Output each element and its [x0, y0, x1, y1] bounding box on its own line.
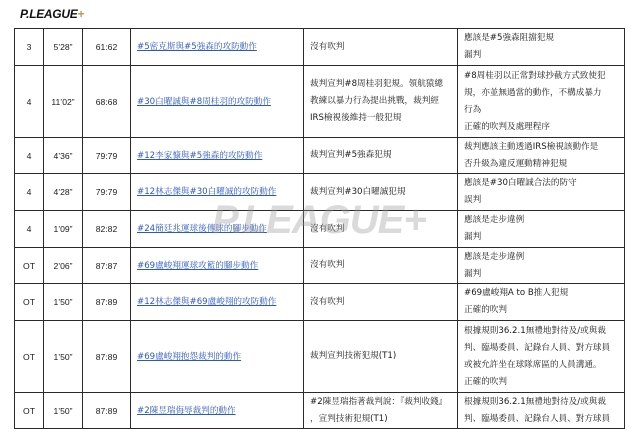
table-row: 44’36”79:79#12李家慷與#5強森的攻防動作裁判宣判#5強森犯規裁判應… [15, 138, 625, 174]
table-row: 411’02”68:68#30白曜誠與#8周桂羽的攻防動作裁判宣判#8周桂羽犯規… [15, 66, 625, 138]
review-text: 行為 [464, 102, 618, 119]
play-cell: #12林志傑與#30白曜誠的攻防動作 [131, 174, 304, 211]
play-video-link[interactable]: #24簡廷兆運球後傳球的腳步動作 [137, 224, 267, 234]
game-time-cell: 5’28” [44, 29, 83, 66]
on-court-call-cell: 裁判宣判技術犯規(T1) [304, 321, 458, 393]
period-cell: 4 [15, 174, 44, 211]
play-video-link[interactable]: #69盧峻翔運球攻籃的腳步動作 [137, 261, 258, 271]
score-cell: 87:89 [83, 393, 131, 429]
play-video-link[interactable]: #69盧峻翔抱怨裁判的動作 [137, 352, 241, 362]
review-text: 漏判 [464, 229, 618, 246]
review-text: 誤判 [464, 192, 618, 209]
play-cell: #5密克斯與#5強森的攻防動作 [131, 29, 304, 66]
period-cell: OT [15, 248, 44, 284]
call-text: 沒有吹判 [310, 39, 451, 56]
period-cell: 4 [15, 66, 44, 138]
review-result-cell: 應該是走步違例漏判 [458, 211, 625, 248]
call-text: 裁判宣判技術犯規(T1) [310, 348, 451, 365]
call-text: ，宣判技術犯規(T1) [310, 411, 451, 428]
score-cell: 79:79 [83, 138, 131, 174]
period-cell: 4 [15, 211, 44, 248]
period-cell: OT [15, 284, 44, 321]
table-row: OT1’50”87:89#12林志傑與#69盧峻翔的攻防動作沒有吹判#69盧峻翔… [15, 284, 625, 321]
table-row: 44’28”79:79#12林志傑與#30白曜誠的攻防動作裁判宣判#30白曜誠犯… [15, 174, 625, 211]
play-video-link[interactable]: #30白曜誠與#8周桂羽的攻防動作 [137, 97, 271, 107]
play-video-link[interactable]: #12林志傑與#69盧峻翔的攻防動作 [137, 297, 276, 307]
review-text: 漏判 [464, 266, 618, 283]
review-text: 判、臨場委員、記錄台人員、對方球員 [464, 340, 618, 357]
play-video-link[interactable]: #12林志傑與#30白曜誠的攻防動作 [137, 187, 276, 197]
review-text: 判、臨場委員、記錄台人員、對方球員 [464, 411, 618, 428]
call-text: 教練以暴力行為提出挑戰，裁判經 [310, 93, 451, 110]
review-text: 應該是#30白曜誠合法的防守 [464, 175, 618, 192]
review-text: 否升級為違反運動精神犯規 [464, 156, 618, 173]
game-time-cell: 4’36” [44, 138, 83, 174]
table-row: OT1’50”87:89#2陳昱瑞侮辱裁判的動作#2陳昱瑞指著裁判說：『裁判收錢… [15, 393, 625, 429]
review-result-cell: #69盧峻翔A to B推人犯規正確的吹判 [458, 284, 625, 321]
game-time-cell: 1’50” [44, 393, 83, 429]
review-text: 裁判應該主動透過IRS檢視該動作是 [464, 139, 618, 156]
review-text: #69盧峻翔A to B推人犯規 [464, 285, 618, 302]
play-cell: #30白曜誠與#8周桂羽的攻防動作 [131, 66, 304, 138]
game-time-cell: 1’09” [44, 211, 83, 248]
review-text: 漏判 [464, 47, 618, 64]
game-time-cell: 1’50” [44, 321, 83, 393]
review-text: 或被允許坐在球隊席區的人員溝通。 [464, 357, 618, 374]
play-video-link[interactable]: #12李家慷與#5強森的攻防動作 [137, 151, 262, 161]
call-text: 沒有吹判 [310, 294, 451, 311]
review-text: 應該是走步違例 [464, 212, 618, 229]
on-court-call-cell: 裁判宣判#8周桂羽犯規。領航猿總教練以暴力行為提出挑戰，裁判經IRS檢視後維持一… [304, 66, 458, 138]
table-row: OT2’06”87:87#69盧峻翔運球攻籃的腳步動作沒有吹判應該是走步違例漏判 [15, 248, 625, 284]
on-court-call-cell: 沒有吹判 [304, 248, 458, 284]
review-text: 正確的吹判 [464, 374, 618, 391]
play-cell: #69盧峻翔運球攻籃的腳步動作 [131, 248, 304, 284]
on-court-call-cell: #2陳昱瑞指著裁判說：『裁判收錢』，宣判技術犯規(T1) [304, 393, 458, 429]
score-cell: 61:62 [83, 29, 131, 66]
on-court-call-cell: 沒有吹判 [304, 29, 458, 66]
score-cell: 87:89 [83, 321, 131, 393]
review-result-cell: 應該是#30白曜誠合法的防守誤判 [458, 174, 625, 211]
game-time-cell: 1’50” [44, 284, 83, 321]
score-cell: 68:68 [83, 66, 131, 138]
review-result-cell: 裁判應該主動透過IRS檢視該動作是否升級為違反運動精神犯規 [458, 138, 625, 174]
period-cell: 3 [15, 29, 44, 66]
logo-text: P.LEAGUE [20, 7, 77, 21]
review-text: 規，亦並無過當的動作，不構成暴力 [464, 85, 618, 102]
table-row: 35’28”61:62#5密克斯與#5強森的攻防動作沒有吹判應該是#5強森阻擋犯… [15, 29, 625, 66]
on-court-call-cell: 裁判宣判#30白曜誠犯規 [304, 174, 458, 211]
call-text: 裁判宣判#30白曜誠犯規 [310, 184, 451, 201]
play-cell: #12李家慷與#5強森的攻防動作 [131, 138, 304, 174]
review-text: #8周桂羽以正常對球抄截方式致使犯 [464, 68, 618, 85]
play-cell: #24簡廷兆運球後傳球的腳步動作 [131, 211, 304, 248]
review-result-cell: 應該是走步違例漏判 [458, 248, 625, 284]
game-time-cell: 11’02” [44, 66, 83, 138]
review-text: 正確的吹判及處理程序 [464, 119, 618, 136]
play-video-link[interactable]: #2陳昱瑞侮辱裁判的動作 [137, 406, 236, 416]
play-video-link[interactable]: #5密克斯與#5強森的攻防動作 [137, 42, 257, 52]
on-court-call-cell: 沒有吹判 [304, 284, 458, 321]
on-court-call-cell: 沒有吹判 [304, 211, 458, 248]
on-court-call-cell: 裁判宣判#5強森犯規 [304, 138, 458, 174]
game-time-cell: 2’06” [44, 248, 83, 284]
period-cell: OT [15, 321, 44, 393]
period-cell: 4 [15, 138, 44, 174]
pleague-logo: P.LEAGUE+ [20, 7, 84, 21]
review-text: 正確的吹判 [464, 302, 618, 319]
call-text: 沒有吹判 [310, 221, 451, 238]
review-result-cell: 根據規則36.2.1無禮地對待及/或與裁判、臨場委員、記錄台人員、對方球員 [458, 393, 625, 429]
game-time-cell: 4’28” [44, 174, 83, 211]
review-result-cell: 應該是#5強森阻擋犯規漏判 [458, 29, 625, 66]
review-result-cell: #8周桂羽以正常對球抄截方式致使犯規，亦並無過當的動作，不構成暴力行為正確的吹判… [458, 66, 625, 138]
review-text: 根據規則36.2.1無禮地對待及/或與裁 [464, 394, 618, 411]
call-text: #2陳昱瑞指著裁判說：『裁判收錢』 [310, 394, 451, 411]
call-text: 沒有吹判 [310, 257, 451, 274]
play-cell: #69盧峻翔抱怨裁判的動作 [131, 321, 304, 393]
officiating-report-table: 35’28”61:62#5密克斯與#5強森的攻防動作沒有吹判應該是#5強森阻擋犯… [14, 28, 625, 429]
play-cell: #2陳昱瑞侮辱裁判的動作 [131, 393, 304, 429]
play-cell: #12林志傑與#69盧峻翔的攻防動作 [131, 284, 304, 321]
call-text: IRS檢視後維持一般犯規 [310, 110, 451, 127]
period-cell: OT [15, 393, 44, 429]
call-text: 裁判宣判#8周桂羽犯規。領航猿總 [310, 76, 451, 93]
review-text: 根據規則36.2.1無禮地對待及/或與裁 [464, 323, 618, 340]
score-cell: 87:89 [83, 284, 131, 321]
review-text: 應該是走步違例 [464, 249, 618, 266]
score-cell: 87:87 [83, 248, 131, 284]
review-result-cell: 根據規則36.2.1無禮地對待及/或與裁判、臨場委員、記錄台人員、對方球員或被允… [458, 321, 625, 393]
review-text: 應該是#5強森阻擋犯規 [464, 30, 618, 47]
table-row: 41’09”82:82#24簡廷兆運球後傳球的腳步動作沒有吹判應該是走步違例漏判 [15, 211, 625, 248]
call-text: 裁判宣判#5強森犯規 [310, 147, 451, 164]
table-row: OT1’50”87:89#69盧峻翔抱怨裁判的動作裁判宣判技術犯規(T1)根據規… [15, 321, 625, 393]
score-cell: 82:82 [83, 211, 131, 248]
logo-plus-icon: + [77, 7, 84, 21]
score-cell: 79:79 [83, 174, 131, 211]
